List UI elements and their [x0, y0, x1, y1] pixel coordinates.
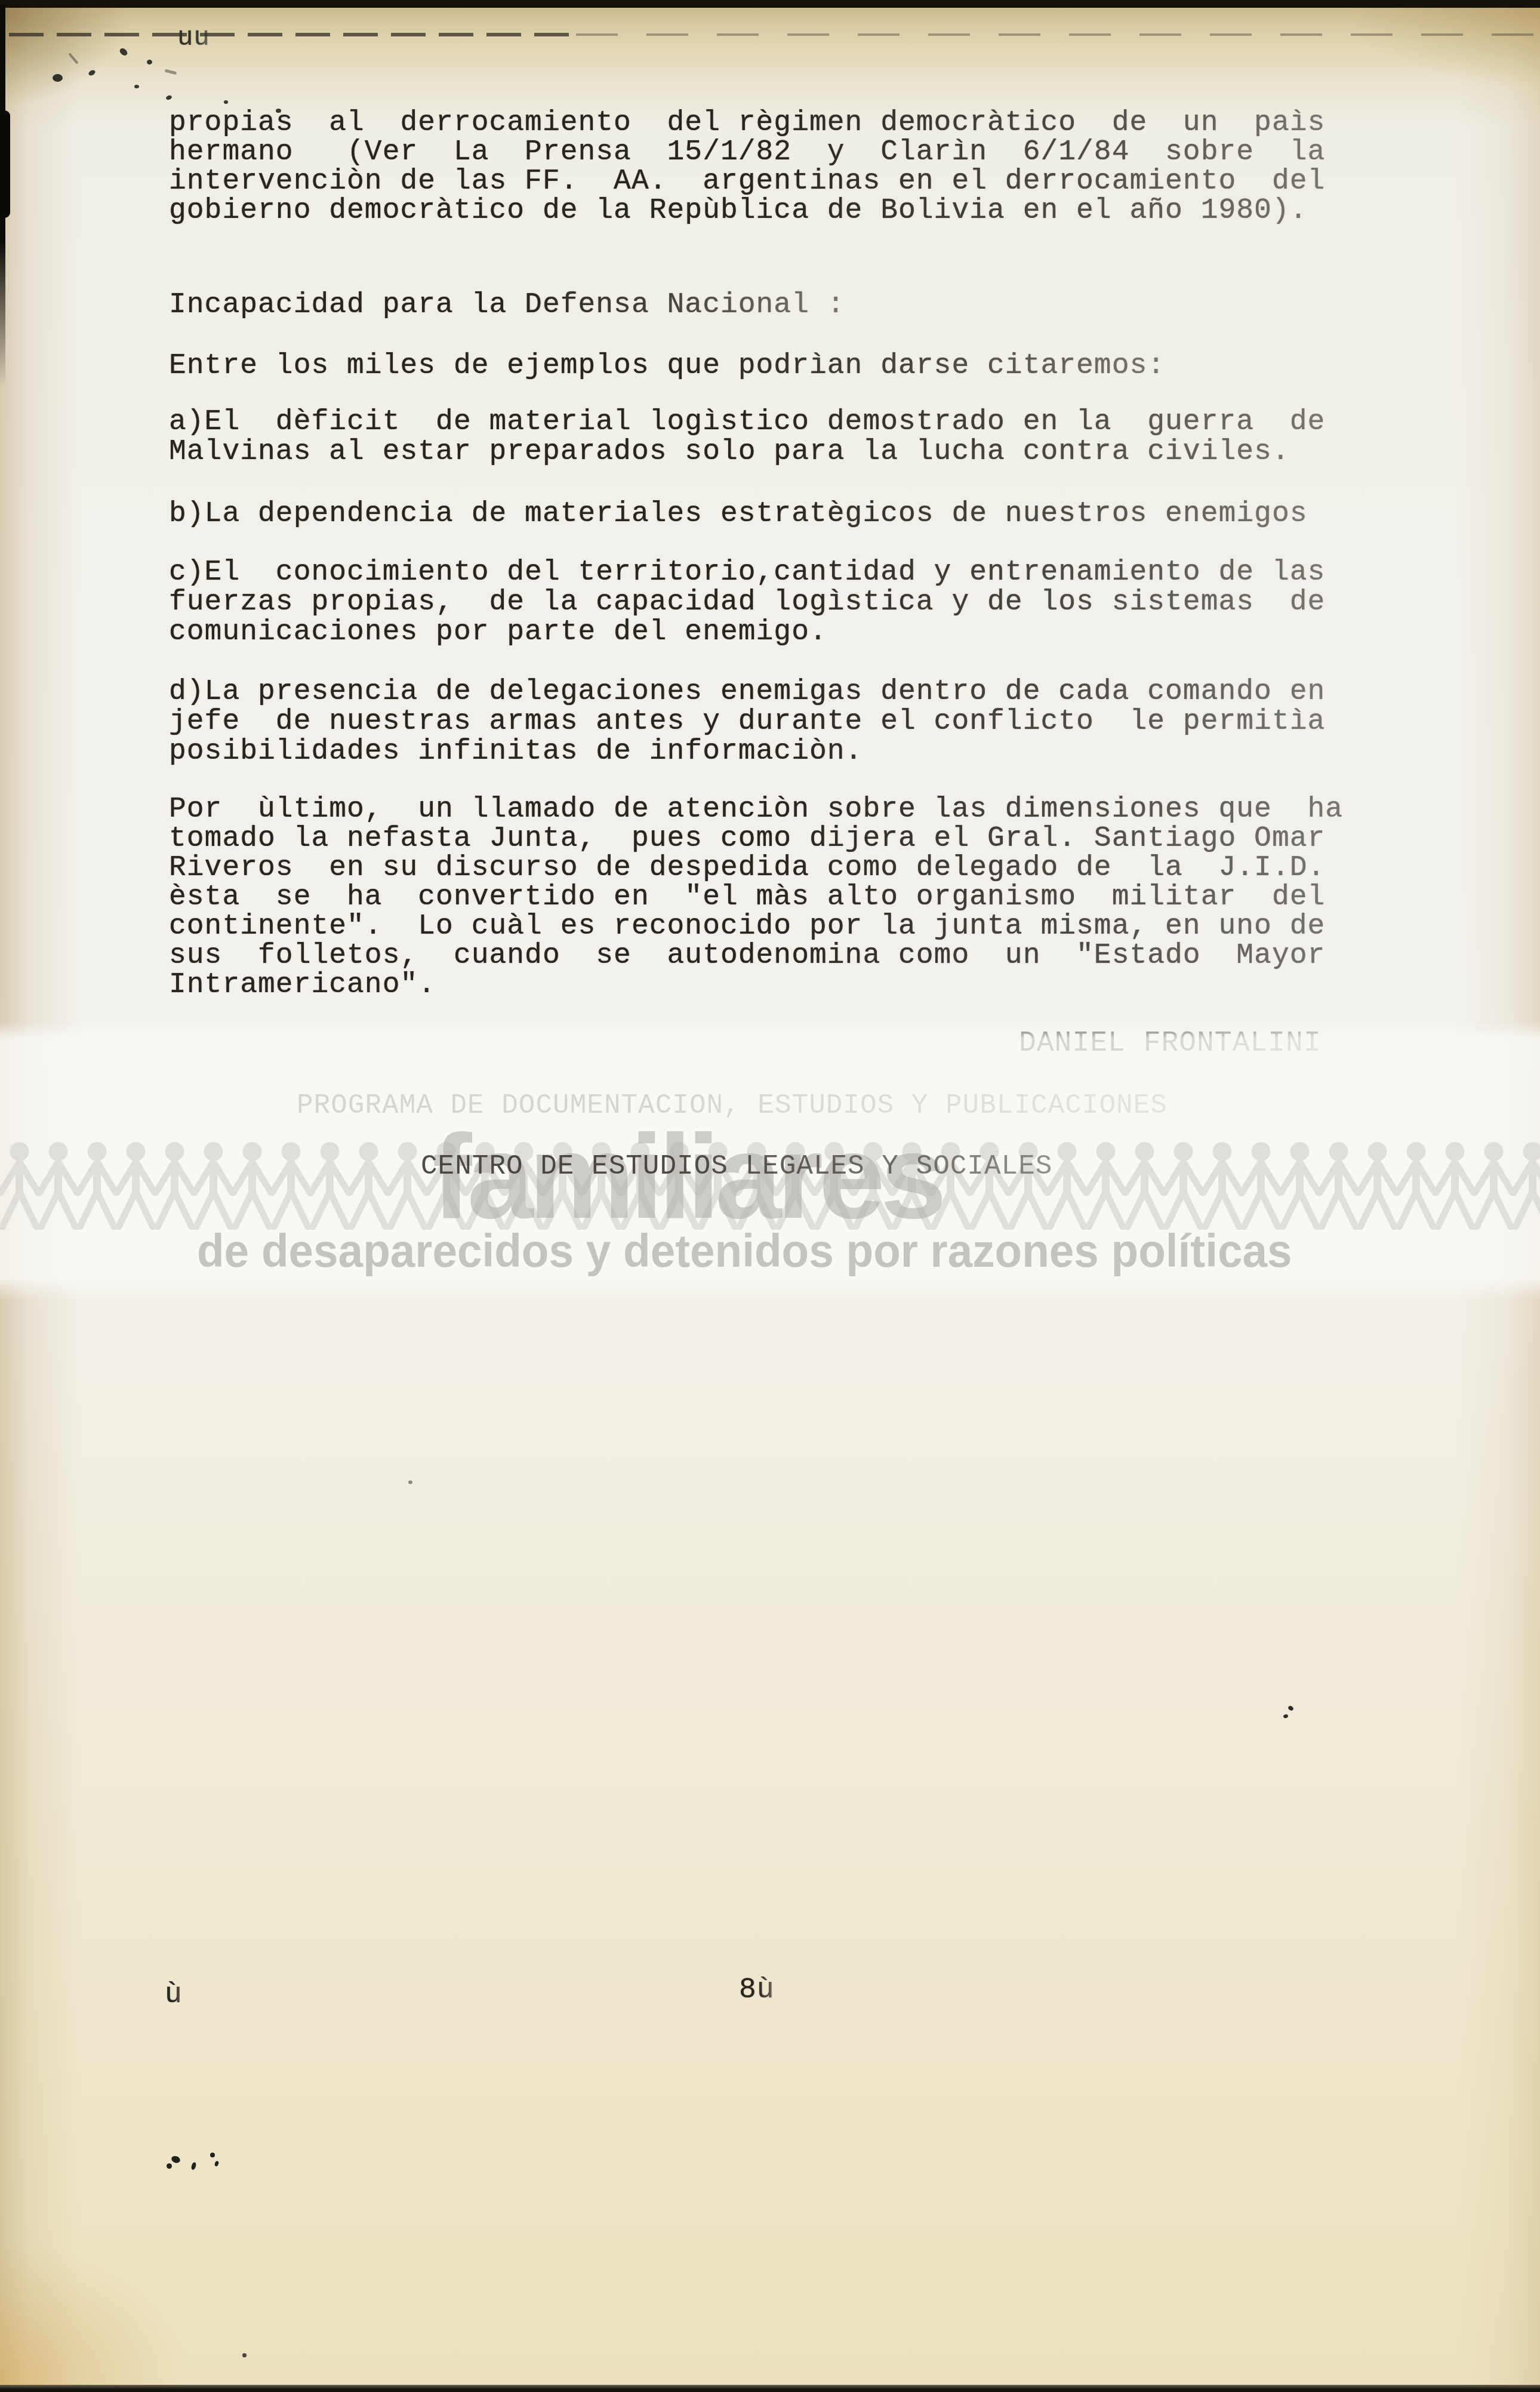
- scan-edge-top: [0, 0, 1540, 8]
- section-heading: Incapacidad para la Defensa Nacional :: [169, 291, 845, 320]
- scan-edge-left-blob: [0, 110, 10, 218]
- list-item-a: a)El dèficit de material logìstico demos…: [169, 407, 1325, 467]
- paragraph-intro-examples: Entre los miles de ejemplos que podrìan …: [169, 352, 1165, 381]
- pencil-dashed-line-left: [9, 33, 576, 36]
- stray-typed-char: ù: [165, 1981, 183, 2010]
- corner-typed-mark: uu: [177, 24, 210, 53]
- scanned-document-page: uu propias al derrocamiento del règimen …: [0, 0, 1540, 2392]
- org-center-line: CENTRO DE ESTUDIOS LEGALES Y SOCIALES: [421, 1152, 1052, 1181]
- scan-edge-bottom: [0, 2385, 1540, 2392]
- watermark-subtitle: de desaparecidos y detenidos por razones…: [197, 1227, 1292, 1275]
- pencil-dashed-line-right: [576, 33, 1540, 36]
- paragraph-intervention: propias al derrocamiento del règimen dem…: [169, 109, 1325, 226]
- paragraph-closing: Por ùltimo, un llamado de atenciòn sobre…: [169, 795, 1343, 1000]
- list-item-d: d)La presencia de delegaciones enemigas …: [169, 677, 1325, 766]
- list-item-c: c)El conocimiento del territorio,cantida…: [169, 558, 1325, 647]
- list-item-b: b)La dependencia de materiales estratègi…: [169, 500, 1308, 529]
- page-number: 8ù: [739, 1976, 775, 2005]
